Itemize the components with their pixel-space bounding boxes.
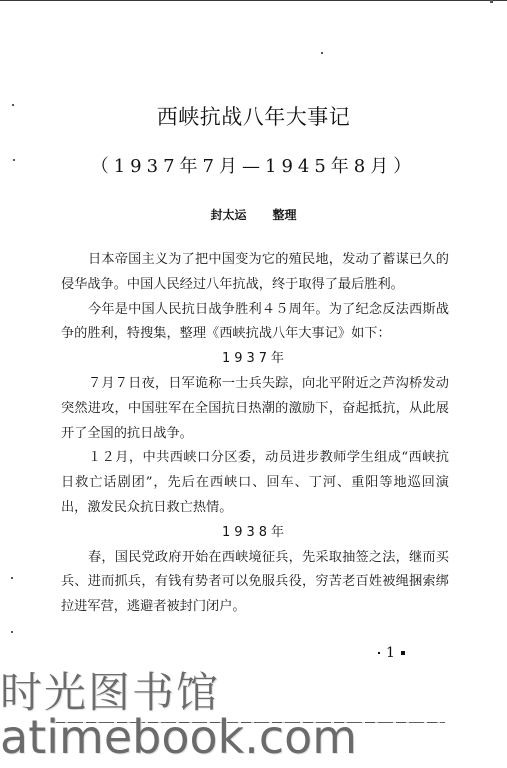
scan-top-edge [0, 0, 507, 1]
scan-speck [321, 52, 323, 54]
scan-speck [11, 631, 13, 633]
intro-paragraph: 日本帝国主义为了把中国变为它的殖民地，发动了蓄谋已久的侵华战争。中国人民经过八年… [61, 248, 449, 298]
event-paragraph: 春，国民党政府开始在西峡境征兵，先采取抽签之法，继而买兵、进而抓兵，有钱有势者可… [61, 546, 449, 620]
page-number-value: 1 [386, 645, 395, 661]
page-number-dot [401, 651, 405, 655]
scan-speck [490, 0, 493, 3]
event-paragraph: ７月７日夜，日军诡称一士兵失踪，向北平附近之芦沟桥发动突然进攻，中国驻军在全国抗… [61, 372, 449, 446]
document-body: 日本帝国主义为了把中国变为它的殖民地，发动了蓄谋已久的侵华战争。中国人民经过八年… [61, 248, 449, 620]
watermark-url: atimebook.com [0, 714, 357, 760]
year-heading-1938: 1938年 [61, 521, 449, 546]
page-number: 1 [378, 645, 405, 661]
document-title: 西峡抗战八年大事记 [0, 101, 507, 131]
document-date-range: （1937年7月—1945年8月） [0, 152, 507, 178]
scan-speck [11, 577, 13, 579]
author-name: 封太运 [210, 208, 246, 222]
author-role: 整理 [273, 208, 297, 222]
page-number-dot [378, 652, 380, 654]
event-paragraph: １２月，中共西峡口分区委，动员进步教师学生组成“西峡抗日救亡话剧团”，先后在西峡… [61, 446, 449, 520]
purpose-paragraph: 今年是中国人民抗日战争胜利４５周年。为了纪念反法西斯战争的胜利，特搜集，整理《西… [61, 298, 449, 348]
byline: 封太运整理 [0, 206, 507, 223]
year-heading-1937: 1937年 [61, 347, 449, 372]
